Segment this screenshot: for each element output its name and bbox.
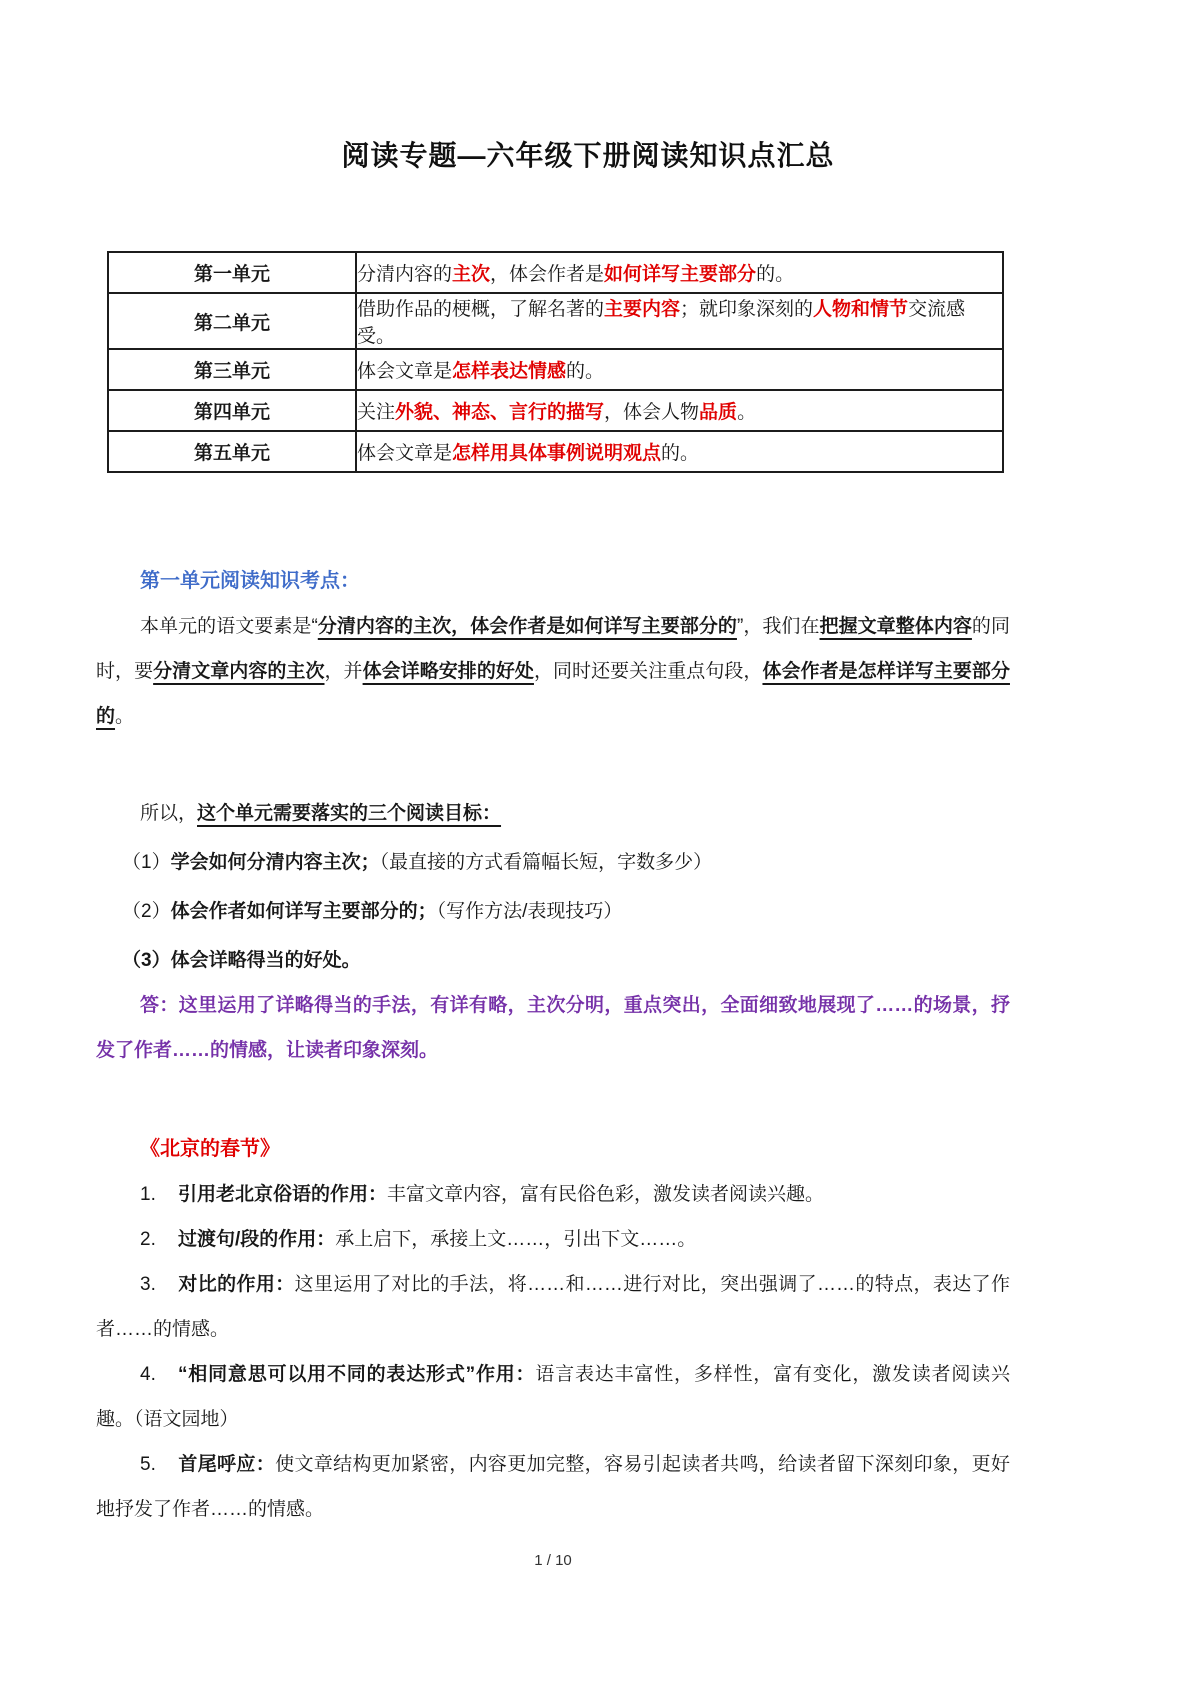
unit-desc-cell: 借助作品的梗概，了解名著的主要内容；就印象深刻的人物和情节交流感受。: [356, 293, 1003, 349]
point-item: 3.对比的作用：这里运用了对比的手法，将……和……进行对比，突出强调了……的特点…: [96, 1262, 1010, 1352]
unit-cell: 第四单元: [108, 390, 356, 431]
page-number: 1 / 10: [96, 1552, 1010, 1569]
unit-cell: 第二单元: [108, 293, 356, 349]
unit-cell: 第三单元: [108, 349, 356, 390]
goals-intro-paragraph: 所以，这个单元需要落实的三个阅读目标：: [96, 791, 1010, 836]
answer-paragraph: 答：这里运用了详略得当的手法，有详有略，主次分明，重点突出，全面细致地展现了………: [96, 983, 1010, 1073]
point-number: 2.: [140, 1217, 178, 1262]
point-number: 5.: [140, 1442, 178, 1487]
article-heading: 《北京的春节》: [96, 1127, 1010, 1172]
table-row: 第一单元分清内容的主次，体会作者是如何详写主要部分的。: [108, 252, 1003, 293]
goal-item: （3）体会详略得当的好处。: [96, 938, 1010, 983]
unit-desc-cell: 体会文章是怎样用具体事例说明观点的。: [356, 431, 1003, 472]
point-item: 1.引用老北京俗语的作用：丰富文章内容，富有民俗色彩，激发读者阅读兴趣。: [96, 1172, 1010, 1217]
unit-desc-cell: 体会文章是怎样表达情感的。: [356, 349, 1003, 390]
point-item: 2.过渡句/段的作用：承上启下，承接上文……，引出下文……。: [96, 1217, 1010, 1262]
point-item: 4.“相同意思可以用不同的表达形式”作用：语言表达丰富性，多样性，富有变化，激发…: [96, 1352, 1010, 1442]
units-table-body: 第一单元分清内容的主次，体会作者是如何详写主要部分的。第二单元借助作品的梗概，了…: [108, 252, 1003, 472]
document-page: 阅读专题—六年级下册阅读知识点汇总 第一单元分清内容的主次，体会作者是如何详写主…: [0, 0, 1191, 1684]
section-heading: 第一单元阅读知识考点：: [96, 559, 1010, 604]
goals-list: （1）学会如何分清内容主次；（最直接的方式看篇幅长短，字数多少）（2）体会作者如…: [96, 840, 1010, 983]
page-title: 阅读专题—六年级下册阅读知识点汇总: [96, 0, 1080, 176]
table-row: 第二单元借助作品的梗概，了解名著的主要内容；就印象深刻的人物和情节交流感受。: [108, 293, 1003, 349]
goal-item: （2）体会作者如何详写主要部分的；（写作方法/表现技巧）: [96, 889, 1010, 934]
unit-cell: 第五单元: [108, 431, 356, 472]
points-list: 1.引用老北京俗语的作用：丰富文章内容，富有民俗色彩，激发读者阅读兴趣。2.过渡…: [96, 1172, 1010, 1532]
table-row: 第三单元体会文章是怎样表达情感的。: [108, 349, 1003, 390]
point-number: 4.: [140, 1352, 178, 1397]
unit-cell: 第一单元: [108, 252, 356, 293]
units-table: 第一单元分清内容的主次，体会作者是如何详写主要部分的。第二单元借助作品的梗概，了…: [107, 251, 1004, 473]
point-item: 5.首尾呼应：使文章结构更加紧密，内容更加完整，容易引起读者共鸣，给读者留下深刻…: [96, 1442, 1010, 1532]
unit-desc-cell: 关注外貌、神态、言行的描写，体会人物品质。: [356, 390, 1003, 431]
table-row: 第五单元体会文章是怎样用具体事例说明观点的。: [108, 431, 1003, 472]
table-row: 第四单元关注外貌、神态、言行的描写，体会人物品质。: [108, 390, 1003, 431]
unit-desc-cell: 分清内容的主次，体会作者是如何详写主要部分的。: [356, 252, 1003, 293]
unit-summary-paragraph: 本单元的语文要素是“分清内容的主次，体会作者是如何详写主要部分的”，我们在把握文…: [96, 604, 1010, 739]
goal-item: （1）学会如何分清内容主次；（最直接的方式看篇幅长短，字数多少）: [96, 840, 1010, 885]
point-number: 1.: [140, 1172, 178, 1217]
point-number: 3.: [140, 1262, 178, 1307]
